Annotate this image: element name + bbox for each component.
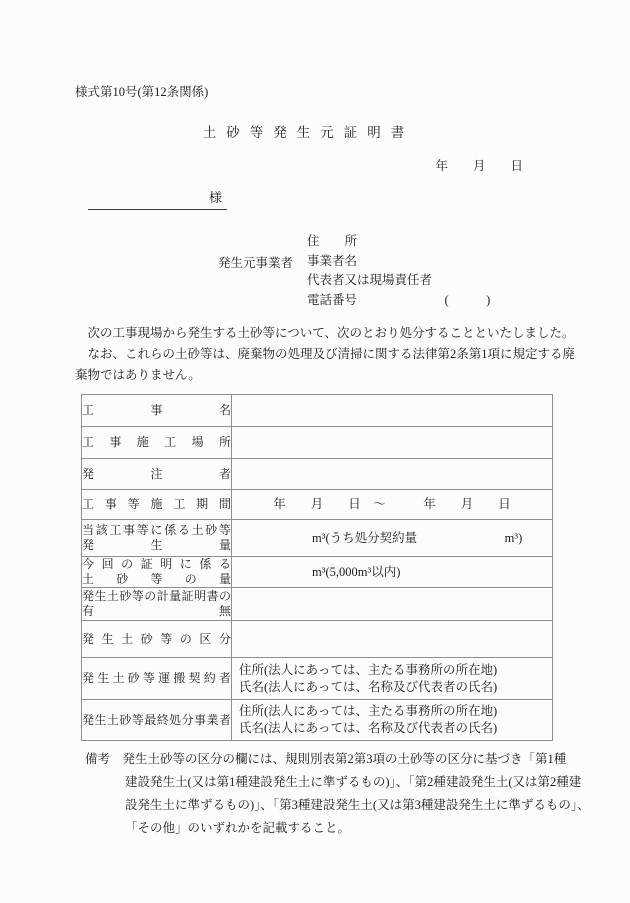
issuer-block: 発生元事業者 住 所 事業者名 代表者又は現場責任者 電話番号 ( ) [75,232,568,310]
title-row: 土砂等発生元証明書 [75,121,568,141]
intro-line: 棄物ではありません。 [75,365,568,386]
generated-soil-volume-value: m³(うち処分契約量 m³) [232,520,553,557]
table-row-soil-classification: 発生土砂等の区分 [82,621,553,658]
table-row-construction-name: 工事名 [82,395,553,427]
intro-paragraph: 次の工事現場から発生する土砂等について、次のとおり処分することといたしました。 … [75,323,568,386]
generated-soil-volume-label: 当該工事等に係る土砂等 発生量 [82,520,232,557]
table-row-weighing-certificate: 発生土砂等の計量証明書の 有無 [82,588,553,621]
form-table: 工事名 工事施工場所 発注者 工事等施工期間 年 月 日 ～ 年 月 日 [81,394,553,741]
table-row-final-disposal-operator: 発生土砂等最終処分事業者 住所(法人にあっては、主たる事務所の所在地) 氏名(法… [82,700,553,741]
issuer-business-name-label: 事業者名 [307,252,568,272]
weighing-certificate-label: 発生土砂等の計量証明書の 有無 [82,588,232,621]
remarks-line: 備考 発生土砂等の区分の欄には、規則別表第2第3項の土砂等の区分に基づき「第1種 [85,748,568,771]
transport-contractor-value: 住所(法人にあっては、主たる事務所の所在地) 氏名(法人にあっては、名称及び代表… [232,658,553,700]
orderer-label: 発注者 [82,459,232,490]
issuer-lines: 住 所 事業者名 代表者又は現場責任者 電話番号 ( ) [307,232,568,310]
issuer-address-label: 住 所 [307,232,568,252]
certified-soil-volume-value: m³(5,000m³以内) [232,557,553,588]
remarks-line: 建設発生土(又は第1種建設発生土に準ずるもの)」、「第2種建設発生土(又は第2種… [85,771,568,794]
table-row-construction-site: 工事施工場所 [82,427,553,459]
remarks-line: 設発生土に準ずるもの)」、「第3種建設発生土(又は第3種建設発生土に準ずるもの」… [85,794,568,817]
issuer-role-label: 発生元事業者 [218,253,293,271]
addressee-block: 様 [75,189,568,210]
document-page: 様式第10号(第12条関係) 土砂等発生元証明書 年 月 日 様 発生元事業者 … [0,0,630,903]
addressee-suffix: 様 [209,190,222,205]
intro-line: なお、これらの土砂等は、廃棄物の処理及び清掃に関する法律第2条第1項に規定する廃 [75,344,568,365]
construction-name-value [232,395,553,427]
construction-site-value [232,427,553,459]
addressee-underline: 様 [88,189,227,210]
final-disposal-operator-label: 発生土砂等最終処分事業者 [82,700,232,741]
table-row-construction-period: 工事等施工期間 年 月 日 ～ 年 月 日 [82,490,553,520]
soil-classification-value [232,621,553,658]
document-title: 土砂等発生元証明書 [203,125,415,140]
transport-contractor-label: 発生土砂等運搬契約者 [82,658,232,700]
date-line: 年 月 日 [75,158,568,175]
construction-name-label: 工事名 [82,395,232,427]
form-number: 様式第10号(第12条関係) [75,84,568,101]
construction-site-label: 工事施工場所 [82,427,232,459]
remarks-line: 「その他」のいずれかを記載すること。 [85,817,568,840]
final-disposal-operator-value: 住所(法人にあっては、主たる事務所の所在地) 氏名(法人にあっては、名称及び代表… [232,700,553,741]
certified-soil-volume-label: 今回の証明に係る 土砂等の量 [82,557,232,588]
issuer-phone-label: 電話番号 ( ) [307,291,568,311]
table-row-certified-soil-volume: 今回の証明に係る 土砂等の量 m³(5,000m³以内) [82,557,553,588]
construction-period-label: 工事等施工期間 [82,490,232,520]
table-row-transport-contractor: 発生土砂等運搬契約者 住所(法人にあっては、主たる事務所の所在地) 氏名(法人に… [82,658,553,700]
weighing-certificate-value [232,588,553,621]
issuer-representative-label: 代表者又は現場責任者 [307,271,568,291]
soil-classification-label: 発生土砂等の区分 [82,621,232,658]
table-row-generated-soil-volume: 当該工事等に係る土砂等 発生量 m³(うち処分契約量 m³) [82,520,553,557]
intro-line: 次の工事現場から発生する土砂等について、次のとおり処分することといたしました。 [75,323,568,344]
construction-period-value: 年 月 日 ～ 年 月 日 [232,490,553,520]
table-row-orderer: 発注者 [82,459,553,490]
orderer-value [232,459,553,490]
remarks-note: 備考 発生土砂等の区分の欄には、規則別表第2第3項の土砂等の区分に基づき「第1種… [85,748,568,840]
